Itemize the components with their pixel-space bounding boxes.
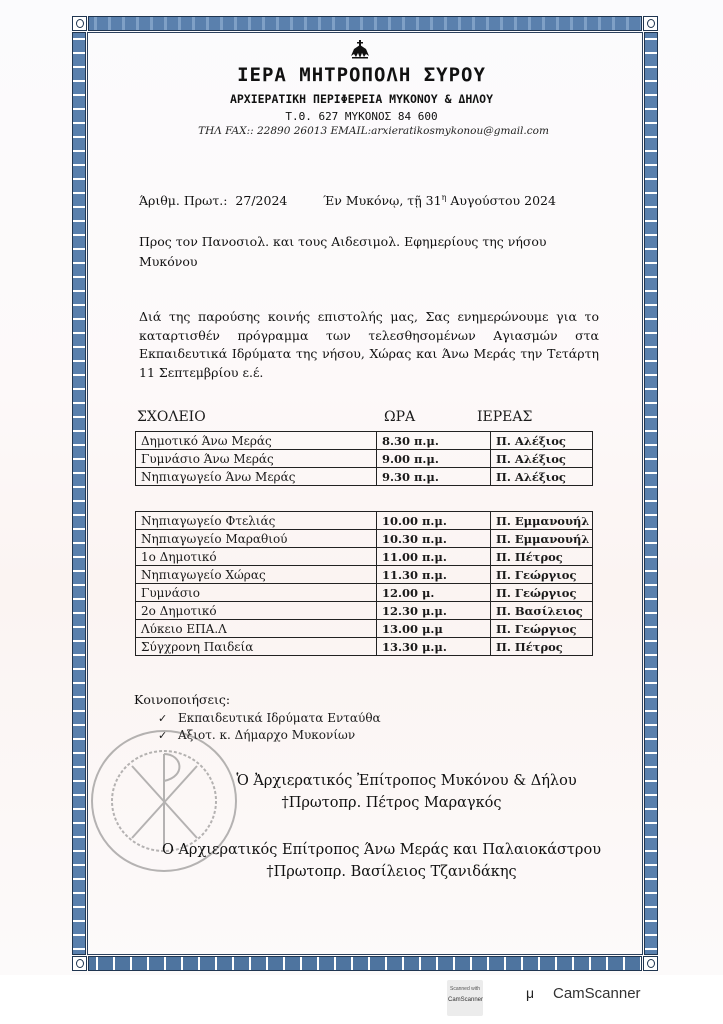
- column-header-time: ΩΡΑ: [384, 409, 415, 425]
- school-cell: Νηπιαγωγείο Χώρας: [136, 566, 377, 584]
- corner-ornament-icon: [72, 16, 87, 31]
- double-headed-eagle-icon: [349, 40, 371, 60]
- priest-cell: Π. Αλέξιος: [491, 450, 593, 468]
- time-cell: 11.00 π.μ.: [377, 548, 491, 566]
- priest-cell: Π. Πέτρος: [491, 638, 593, 656]
- corner-ornament-icon: [72, 956, 87, 971]
- school-cell: 1ο Δημοτικό: [136, 548, 377, 566]
- school-cell: Δημοτικό Άνω Μεράς: [136, 432, 377, 450]
- time-cell: 11.30 π.μ.: [377, 566, 491, 584]
- letterhead-contact: ΤΗΛ FAX:: 22890 26013 EMAIL:arxieratikos…: [12, 125, 723, 137]
- time-cell: 8.30 π.μ.: [377, 432, 491, 450]
- priest-cell: Π. Γεώργιος: [491, 566, 593, 584]
- protocol-reference: Άριθμ. Πρωτ.:27/2024: [139, 193, 287, 208]
- table-row: Νηπιαγωγείο Χώρας11.30 π.μ.Π. Γεώργιος: [136, 566, 593, 584]
- footer-glyph: μ: [526, 985, 534, 1001]
- cc-label: Κοινοποιήσεις:: [134, 692, 230, 707]
- school-cell: 2ο Δημοτικό: [136, 602, 377, 620]
- priest-cell: Π. Γεώργιος: [491, 620, 593, 638]
- priest-cell: Π. Εμμανουήλ: [491, 530, 593, 548]
- camscanner-badge: Scanned with CamScanner: [447, 980, 483, 1016]
- signatory-1-name: †Πρωτοπρ. Πέτρος Μαραγκός: [30, 795, 723, 811]
- corner-ornament-icon: [643, 956, 658, 971]
- school-cell: Λύκειο ΕΠΑ.Λ: [136, 620, 377, 638]
- letterhead-subtitle: ΑΡΧΙΕΡΑΤΙΚΗ ΠΕΡΙΦΕΡΕΙΑ ΜΥΚΟΝΟΥ & ΔΗΛΟΥ: [0, 92, 723, 106]
- letter-body: Διά της παρούσης κοινής επιστολής μας, Σ…: [139, 308, 599, 382]
- table-row: Νηπιαγωγείο Άνω Μεράς9.30 π.μ.Π. Αλέξιος: [136, 468, 593, 486]
- school-cell: Σύγχρονη Παιδεία: [136, 638, 377, 656]
- table-row: Σύγχρονη Παιδεία13.30 μ.μ.Π. Πέτρος: [136, 638, 593, 656]
- school-cell: Γυμνάσιο: [136, 584, 377, 602]
- time-cell: 9.30 π.μ.: [377, 468, 491, 486]
- addressee: Προς τον Πανοσιολ. και τους Αιδεσιμολ. Ε…: [139, 232, 599, 272]
- school-cell: Γυμνάσιο Άνω Μεράς: [136, 450, 377, 468]
- school-cell: Νηπιαγωγείο Φτελιάς: [136, 512, 377, 530]
- camscanner-brand: CamScanner: [553, 985, 641, 1002]
- cc-item: ✓Εκπαιδευτικά Ιδρύματα Ενταύθα: [158, 710, 381, 727]
- school-cell: Νηπιαγωγείο Μαραθιού: [136, 530, 377, 548]
- table-row: 2ο Δημοτικό12.30 μ.μ.Π. Βασίλειος: [136, 602, 593, 620]
- letterhead-address: Τ.Θ. 627 ΜΥΚΟΝΟΣ 84 600: [0, 110, 723, 123]
- priest-cell: Π. Βασίλειος: [491, 602, 593, 620]
- table-row: 1ο Δημοτικό11.00 π.μ.Π. Πέτρος: [136, 548, 593, 566]
- time-cell: 13.00 μ.μ: [377, 620, 491, 638]
- protocol-label: Άριθμ. Πρωτ.:: [139, 193, 227, 208]
- table-row: Λύκειο ΕΠΑ.Λ13.00 μ.μΠ. Γεώργιος: [136, 620, 593, 638]
- corner-ornament-icon: [643, 16, 658, 31]
- table-row: Νηπιαγωγείο Φτελιάς10.00 π.μ.Π. Εμμανουή…: [136, 512, 593, 530]
- protocol-number: 27/2024: [235, 193, 287, 208]
- table-row: Δημοτικό Άνω Μεράς8.30 π.μ.Π. Αλέξιος: [136, 432, 593, 450]
- priest-cell: Π. Γεώργιος: [491, 584, 593, 602]
- table-row: Γυμνάσιο Άνω Μεράς9.00 π.μ.Π. Αλέξιος: [136, 450, 593, 468]
- priest-cell: Π. Αλέξιος: [491, 432, 593, 450]
- time-cell: 12.30 μ.μ.: [377, 602, 491, 620]
- time-cell: 9.00 π.μ.: [377, 450, 491, 468]
- table-row: Νηπιαγωγείο Μαραθιού10.30 π.μ.Π. Εμμανου…: [136, 530, 593, 548]
- time-cell: 10.30 π.μ.: [377, 530, 491, 548]
- time-cell: 13.30 μ.μ.: [377, 638, 491, 656]
- schedule-table-chora: Νηπιαγωγείο Φτελιάς10.00 π.μ.Π. Εμμανουή…: [135, 511, 593, 656]
- signatory-2-name: †Πρωτοπρ. Βασίλειος Τζανιδάκης: [30, 864, 723, 880]
- priest-cell: Π. Εμμανουήλ: [491, 512, 593, 530]
- checkmark-icon: ✓: [158, 710, 170, 727]
- column-header-priest: ΙΕΡΕΑΣ: [477, 409, 532, 425]
- schedule-table-ano-mera: Δημοτικό Άνω Μεράς8.30 π.μ.Π. ΑλέξιοςΓυμ…: [135, 431, 593, 486]
- time-cell: 12.00 μ.: [377, 584, 491, 602]
- column-header-school: ΣΧΟΛΕΙΟ: [137, 409, 206, 425]
- time-cell: 10.00 π.μ.: [377, 512, 491, 530]
- signatory-1-role: Ὁ Ἀρχιερατικός Ἐπίτροπος Μυκόνου & Δήλου: [45, 773, 723, 789]
- priest-cell: Π. Πέτρος: [491, 548, 593, 566]
- school-cell: Νηπιαγωγείο Άνω Μεράς: [136, 468, 377, 486]
- signatory-2-role: Ο Αρχιερατικός Επίτροπος Άνω Μεράς και Π…: [20, 842, 723, 858]
- priest-cell: Π. Αλέξιος: [491, 468, 593, 486]
- table-row: Γυμνάσιο12.00 μ.Π. Γεώργιος: [136, 584, 593, 602]
- letter-date: Έν Μυκόνῳ, τῇ 31η Αυγούστου 2024: [323, 193, 556, 208]
- letterhead-title: ΙΕΡΑ ΜΗΤΡΟΠΟΛΗ ΣΥΡΟΥ: [0, 64, 723, 86]
